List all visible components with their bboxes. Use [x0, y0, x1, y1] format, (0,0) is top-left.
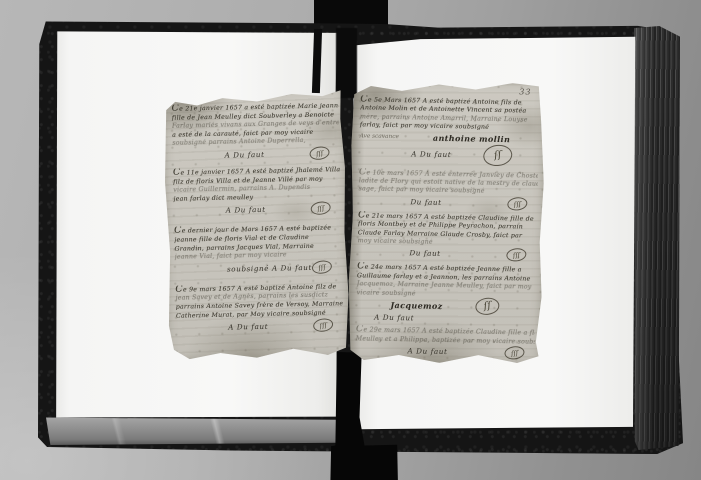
priest-signature: Du faut	[409, 249, 441, 259]
register-entry: Ce 21e mars 1657 A esté baptizée Claudin…	[357, 211, 537, 261]
page-block-fore-edge	[634, 26, 680, 450]
right-manuscript-leaf: 33 Ce 5e Mars 1657 A esté baptizé Antoin…	[346, 77, 545, 365]
gutter-shadow-top	[336, 28, 357, 98]
paraph-flourish-icon: ſſſ	[311, 259, 333, 275]
priest-signature: A Du faut	[407, 346, 447, 356]
register-entry: Ce 5e Mars 1657 A esté baptizé Antoine f…	[359, 95, 539, 166]
archival-photo: Ce 21e janvier 1657 a esté baptizée Mari…	[0, 0, 701, 480]
priest-signature: A Du faut	[228, 322, 268, 332]
register-entry: Ce 21e janvier 1657 a esté baptizée Mari…	[171, 101, 339, 162]
register-entry: Ce 11e janvier 1657 A esté baptizé Jhale…	[173, 165, 341, 218]
grand-flourish-icon: ſſ	[482, 143, 513, 167]
page-block-bottom-edge	[46, 417, 338, 445]
witness-signature: Jacquemoz	[390, 300, 442, 311]
priest-signature: A Du faut	[374, 312, 414, 322]
paraph-flourish-icon: ſſſ	[312, 317, 334, 333]
left-manuscript-leaf: Ce 21e janvier 1657 a esté baptizée Mari…	[162, 86, 350, 361]
paraph-flourish-icon: ſſſ	[309, 145, 331, 161]
priest-signature: A Du faut	[411, 149, 451, 159]
paraph-flourish-icon: ſſſ	[506, 248, 527, 263]
priest-signature: A Du faut	[224, 150, 264, 160]
priest-signature: soubsigné A Du faut	[227, 263, 312, 274]
register-entry: Ce 9e mars 1657 A esté baptizé Antoine f…	[175, 282, 343, 335]
paraph-flourish-icon: ſſſ	[310, 200, 332, 216]
paraph-flourish-icon: ſſſ	[504, 345, 525, 360]
paraph-flourish-icon: ſſſ	[507, 196, 528, 211]
priest-signature: Du faut	[410, 197, 442, 207]
witness-note: Ave scavance	[360, 133, 399, 140]
register-entry: Ce dernier jour de Mars 1657 A esté bapt…	[174, 224, 342, 277]
register-entry: Ce 10e mars 1657 A esté enterrée Janviey…	[358, 168, 538, 210]
register-entry: Ce 24e mars 1657 A esté baptizée Jeanne …	[356, 263, 536, 325]
register-entry: Ce 29e mars 1657 A esté baptizée Claudin…	[355, 325, 535, 358]
witness-signature: anthoine mollin	[433, 132, 510, 143]
priest-signature: A Du faut	[226, 205, 266, 215]
